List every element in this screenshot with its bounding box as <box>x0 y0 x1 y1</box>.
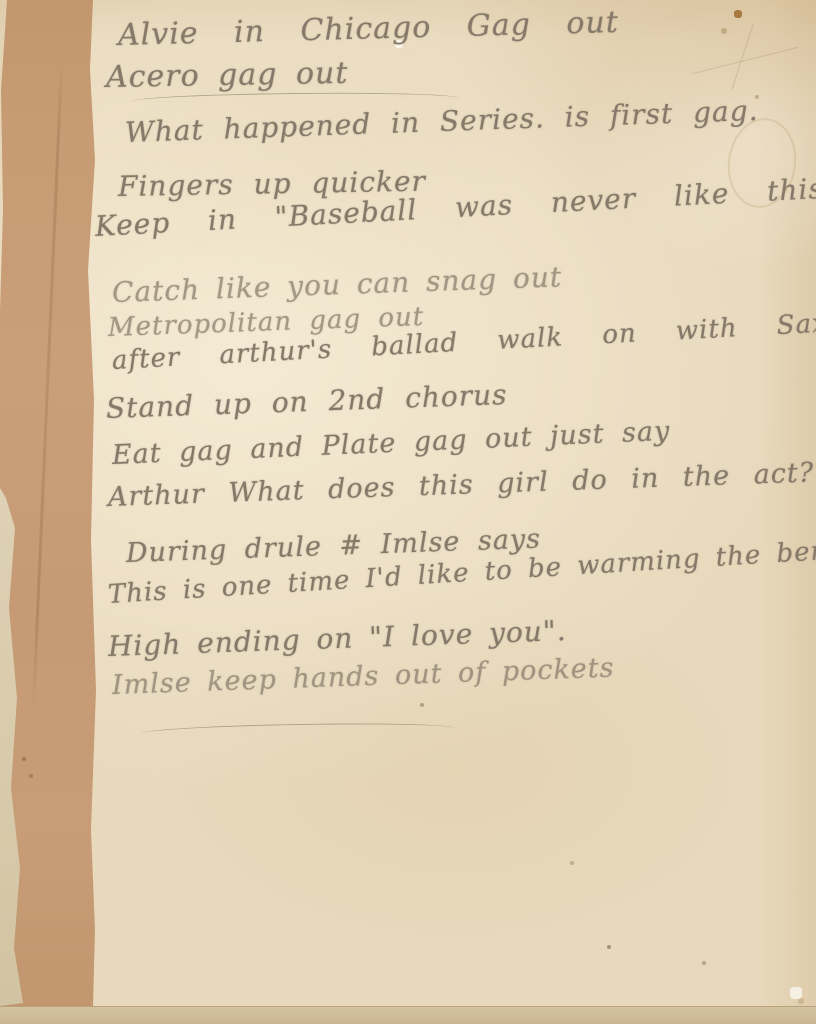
handwritten-line: Catch like you can snag out <box>111 260 562 309</box>
page-bottom-edge <box>0 1006 816 1024</box>
paper-crease <box>731 24 754 91</box>
handwritten-line: Stand up on 2nd chorus <box>105 378 508 425</box>
handwritten-line: Eat gag and Plate gag out just say <box>111 416 671 471</box>
paper-specks <box>0 0 2 2</box>
handwritten-line: Acero gag out <box>106 56 349 95</box>
scanned-page: Alvie in Chicago Gag out Acero gag out W… <box>0 0 816 1024</box>
pencil-rule <box>140 721 455 733</box>
handwritten-line: Alvie in Chicago Gag out <box>118 5 620 53</box>
handwritten-line: What happened in Series. is first gag. <box>124 94 759 149</box>
